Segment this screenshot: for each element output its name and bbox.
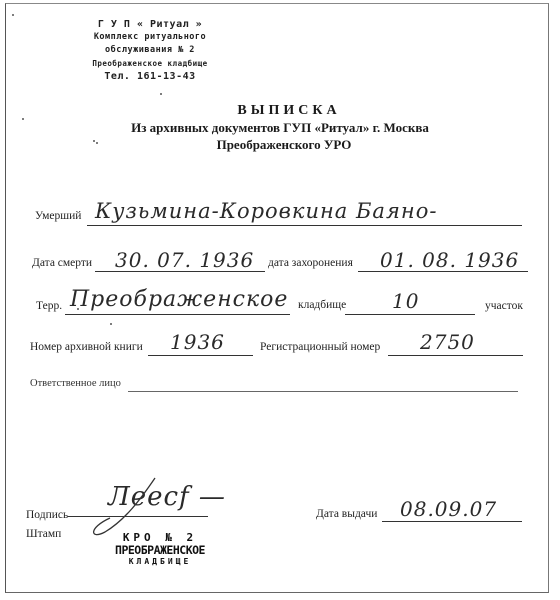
responsible-label: Ответственное лицо	[30, 378, 121, 389]
deceased-value[interactable]: Кузьмина-Коровкина Баяно-	[95, 199, 437, 223]
burial-date-label: дата захоронения	[268, 257, 353, 269]
archive-book-label: Номер архивной книги	[30, 341, 143, 353]
cemetery-label: кладбище	[298, 299, 346, 311]
signature-flourish	[80, 470, 190, 540]
speck	[77, 308, 79, 310]
stamp-line: Преображенское кладбище	[70, 57, 230, 70]
issue-date-value[interactable]: 08.09.07	[400, 497, 497, 521]
document-subtitle: Из архивных документов ГУП «Ритуал» г. М…	[0, 120, 560, 136]
stamp-line: обслуживания № 2	[70, 44, 230, 57]
plot-label: участок	[485, 300, 523, 312]
speck	[22, 118, 24, 120]
speck	[96, 142, 98, 144]
territory-value[interactable]: Преображенское	[70, 287, 288, 312]
cemetery-stamp: КРО № 2 ПРЕОБРАЖЕНСКОЕ КЛАДБИЩЕ	[95, 532, 225, 568]
responsible-underline	[128, 391, 518, 392]
archive-book-value[interactable]: 1936	[170, 330, 225, 354]
stamp-line: ПРЕОБРАЖЕНСКОЕ	[95, 544, 225, 556]
issue-date-underline	[382, 521, 522, 522]
speck	[110, 323, 112, 325]
speck	[93, 140, 95, 142]
plot-underline	[345, 314, 475, 315]
stamp-label: Штамп	[26, 528, 61, 540]
stamp-line: Комплекс ритуального	[70, 31, 230, 44]
stamp-line: КЛАДБИЩЕ	[95, 556, 225, 568]
death-date-label: Дата смерти	[32, 257, 92, 269]
speck	[160, 93, 162, 95]
registration-value[interactable]: 2750	[420, 330, 475, 354]
registration-label: Регистрационный номер	[260, 341, 380, 353]
territory-label: Терр.	[36, 300, 62, 312]
territory-underline	[65, 314, 290, 315]
header-stamp: Г У П « Ритуал » Комплекс ритуального об…	[70, 18, 230, 83]
deceased-underline	[87, 225, 522, 226]
burial-date-value[interactable]: 01. 08. 1936	[380, 248, 519, 272]
issue-date-label: Дата выдачи	[316, 508, 377, 520]
speck	[12, 14, 14, 16]
death-date-value[interactable]: 30. 07. 1936	[115, 248, 254, 272]
signature-label: Подпись	[26, 509, 68, 521]
stamp-line: Г У П « Ритуал »	[70, 18, 230, 31]
deceased-label: Умерший	[35, 210, 81, 222]
document-department: Преображенского УРО	[0, 137, 560, 153]
document-heading: ВЫПИСКА	[0, 103, 560, 119]
plot-value[interactable]: 10	[392, 289, 419, 313]
registration-underline	[388, 355, 523, 356]
stamp-line: Тел. 161-13-43	[70, 70, 230, 83]
archive-book-underline	[148, 355, 253, 356]
